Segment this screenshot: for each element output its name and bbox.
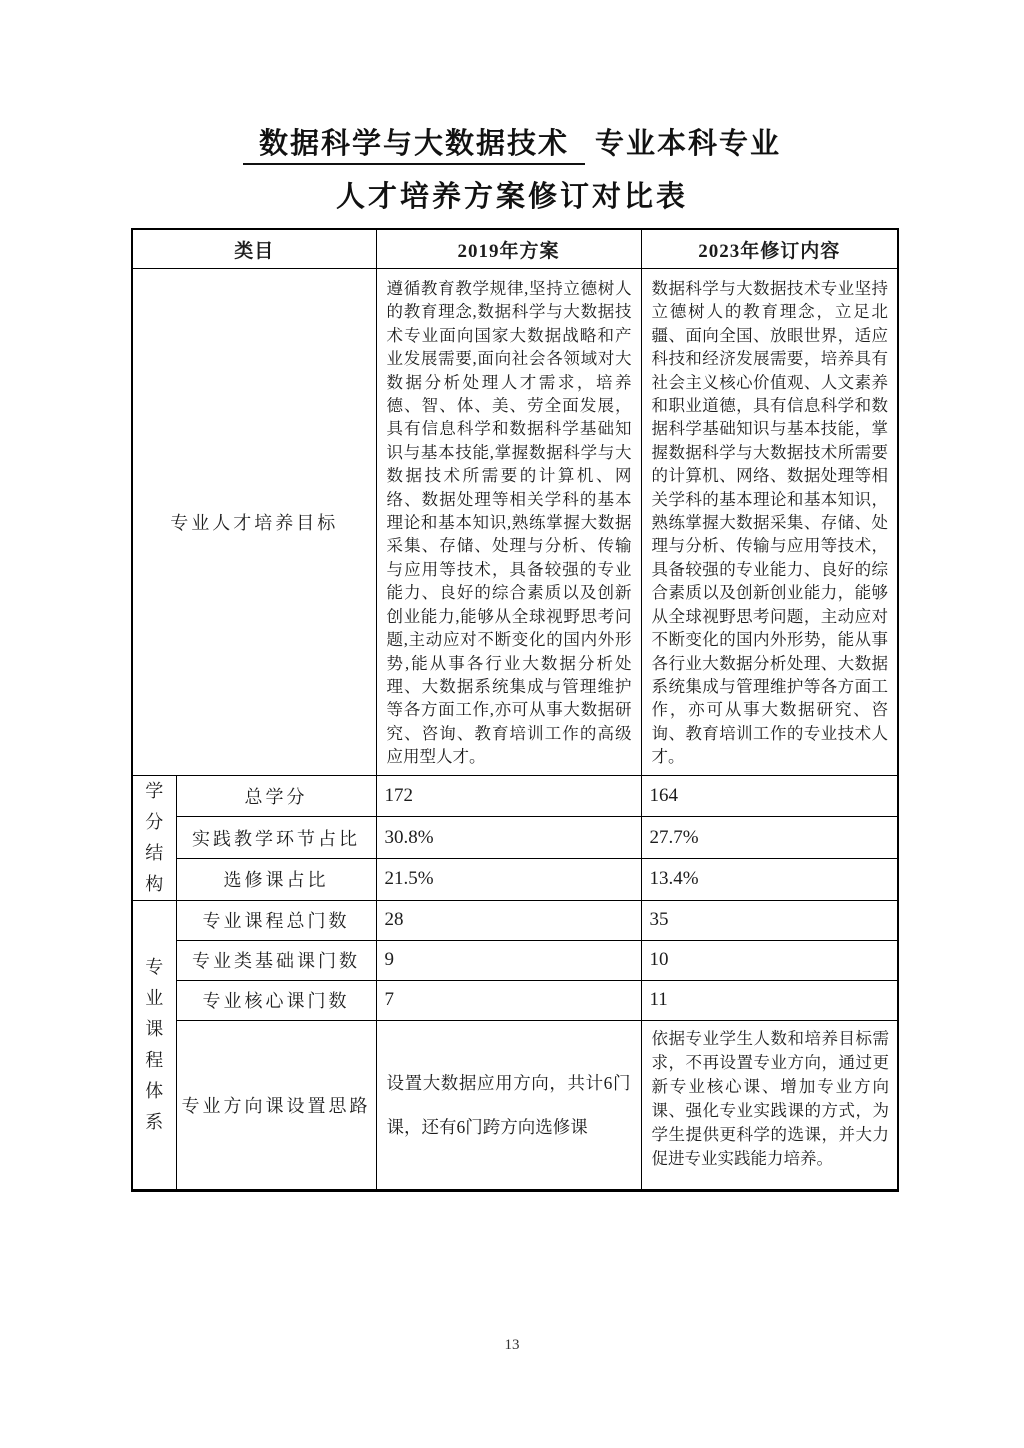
- row-label: 选修课占比: [176, 858, 376, 900]
- title-line-1: 数据科学与大数据技术专业本科专业: [0, 126, 1024, 162]
- title-line-2: 人才培养方案修订对比表: [0, 179, 1024, 215]
- page-number: 13: [0, 1337, 1024, 1354]
- header-category: 类目: [132, 229, 376, 269]
- value-2023: 164: [641, 775, 898, 817]
- title-line1-rest: 专业本科专业: [595, 128, 781, 160]
- credit-structure-group-cell: 学分结构: [132, 775, 176, 900]
- value-2023: 35: [641, 900, 898, 940]
- value-2019: 9: [376, 940, 641, 980]
- goal-2023-text: 数据科学与大数据技术专业坚持立德树人的教育理念，立足北疆、面向全国、放眼世界，适…: [642, 269, 898, 775]
- goal-2023-cell: 数据科学与大数据技术专业坚持立德树人的教育理念，立足北疆、面向全国、放眼世界，适…: [641, 269, 898, 776]
- row-label: 专业类基础课门数: [176, 940, 376, 980]
- table-row-direction-courses: 专业方向课设置思路 设置大数据应用方向，共计6门课，还有6门跨方向选修课 依据专…: [132, 1020, 898, 1190]
- row-label: 实践教学环节占比: [176, 817, 376, 859]
- table-row-elective-ratio: 选修课占比 21.5% 13.4%: [132, 858, 898, 900]
- table-header-row: 类目 2019年方案 2023年修订内容: [132, 229, 898, 269]
- document-title: 数据科学与大数据技术专业本科专业 人才培养方案修订对比表: [0, 126, 1024, 215]
- goal-row-label: 专业人才培养目标: [132, 269, 376, 776]
- goal-row: 专业人才培养目标 遵循教育教学规律,坚持立德树人的教育理念,数据科学与大数据技术…: [132, 269, 898, 776]
- course-system-group-cell: 专业课程体系: [132, 900, 176, 1190]
- direction-2019-cell: 设置大数据应用方向，共计6门课，还有6门跨方向选修课: [376, 1020, 641, 1190]
- header-2023-revision: 2023年修订内容: [641, 229, 898, 269]
- row-label: 专业方向课设置思路: [176, 1020, 376, 1190]
- direction-2023-text: 依据专业学生人数和培养目标需求，不再设置专业方向，通过更新专业核心课、增加专业方…: [642, 1021, 898, 1175]
- value-2023: 27.7%: [641, 817, 898, 859]
- credit-structure-group-label: 学分结构: [144, 776, 165, 900]
- goal-2019-text: 遵循教育教学规律,坚持立德树人的教育理念,数据科学与大数据技术专业面向国家大数据…: [377, 269, 641, 775]
- value-2019: 30.8%: [376, 817, 641, 859]
- table-row-practice-ratio: 实践教学环节占比 30.8% 27.7%: [132, 817, 898, 859]
- value-2023: 10: [641, 940, 898, 980]
- value-2019: 28: [376, 900, 641, 940]
- table-row-total-courses: 专业课程体系 专业课程总门数 28 35: [132, 900, 898, 940]
- value-2023: 11: [641, 980, 898, 1020]
- table-row-core-courses: 专业核心课门数 7 11: [132, 980, 898, 1020]
- value-2019: 7: [376, 980, 641, 1020]
- direction-2023-cell: 依据专业学生人数和培养目标需求，不再设置专业方向，通过更新专业核心课、增加专业方…: [641, 1020, 898, 1190]
- value-2019: 21.5%: [376, 858, 641, 900]
- value-2019: 172: [376, 775, 641, 817]
- row-label: 总学分: [176, 775, 376, 817]
- course-system-group-label: 专业课程体系: [144, 952, 165, 1138]
- table-row-total-credits: 学分结构 总学分 172 164: [132, 775, 898, 817]
- direction-2019-text: 设置大数据应用方向，共计6门课，还有6门跨方向选修课: [377, 1061, 641, 1149]
- row-label: 专业课程总门数: [176, 900, 376, 940]
- header-2019-plan: 2019年方案: [376, 229, 641, 269]
- title-major-name: 数据科学与大数据技术: [243, 128, 585, 165]
- comparison-table: 类目 2019年方案 2023年修订内容 专业人才培养目标 遵循教育教学规律,坚…: [131, 228, 899, 1192]
- row-label: 专业核心课门数: [176, 980, 376, 1020]
- table-row-basic-courses: 专业类基础课门数 9 10: [132, 940, 898, 980]
- value-2023: 13.4%: [641, 858, 898, 900]
- document-page: 数据科学与大数据技术专业本科专业 人才培养方案修订对比表 类目 2019年方案 …: [0, 0, 1024, 1448]
- goal-2019-cell: 遵循教育教学规律,坚持立德树人的教育理念,数据科学与大数据技术专业面向国家大数据…: [376, 269, 641, 776]
